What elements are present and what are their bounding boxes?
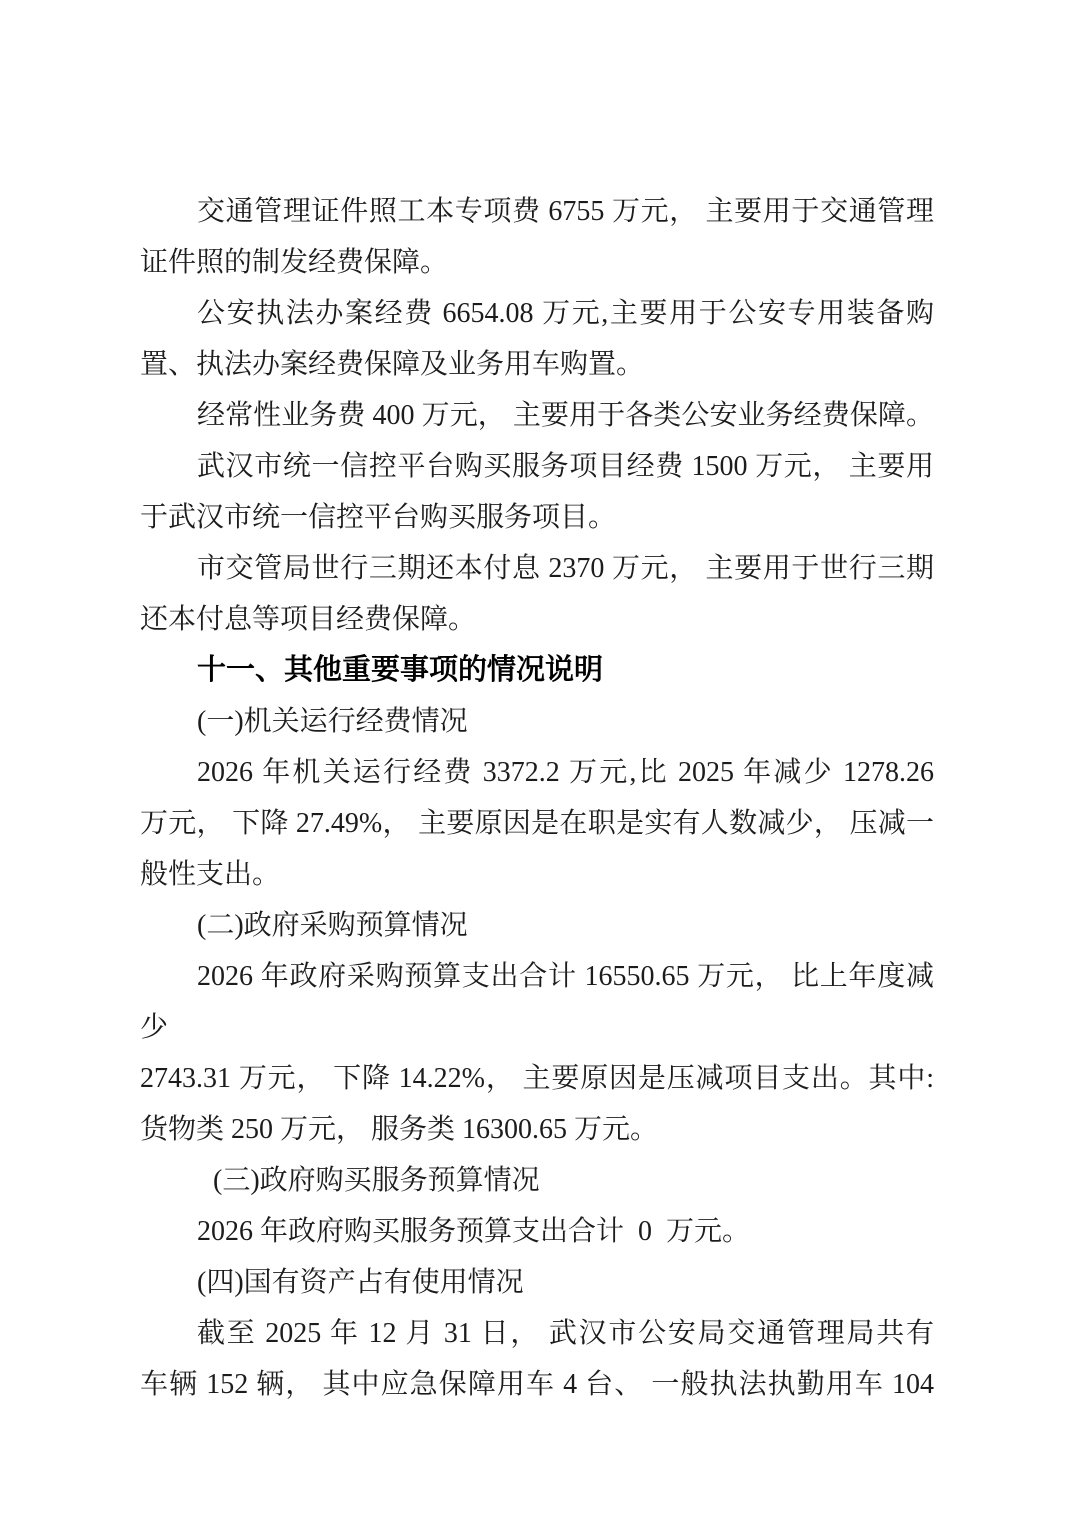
paragraph-purchased-services: 2026 年政府购买服务预算支出合计 0 万元。 (140, 1206, 934, 1257)
section-heading-other-matters: 十一、其他重要事项的情况说明 (140, 645, 934, 696)
paragraph-line: 截至 2025 年 12 月 31 日， 武汉市公安局交通管理局共有 (140, 1308, 934, 1359)
paragraph-government-procurement: 2026 年政府采购预算支出合计 16550.65 万元， 比上年度减少 274… (140, 951, 934, 1155)
paragraph-line: 证件照的制发经费保障。 (140, 237, 934, 288)
paragraph-line: 2743.31 万元， 下降 14.22%， 主要原因是压减项目支出。其中: (140, 1053, 934, 1104)
section-heading: 十一、其他重要事项的情况说明 (140, 645, 934, 696)
paragraph-line: 公安执法办案经费 6654.08 万元,主要用于公安专用装备购 (140, 288, 934, 339)
paragraph-traffic-cert-fee: 交通管理证件照工本专项费 6755 万元， 主要用于交通管理 证件照的制发经费保… (140, 186, 934, 288)
paragraph-line: 万元， 下降 27.49%， 主要原因是在职是实有人数减少， 压减一 (140, 798, 934, 849)
paragraph-line: 经常性业务费 400 万元， 主要用于各类公安业务经费保障。 (140, 390, 934, 441)
subheading-state-owned-assets: (四)国有资产占有使用情况 (140, 1257, 934, 1308)
paragraph-state-owned-assets: 截至 2025 年 12 月 31 日， 武汉市公安局交通管理局共有 车辆 15… (140, 1308, 934, 1410)
subheading-government-procurement: (二)政府采购预算情况 (140, 900, 934, 951)
subheading-agency-operating-funds: (一)机关运行经费情况 (140, 696, 934, 747)
subheading: (四)国有资产占有使用情况 (140, 1257, 934, 1308)
subheading: (一)机关运行经费情况 (140, 696, 934, 747)
subheading: (三)政府购买服务预算情况 (140, 1155, 934, 1206)
paragraph-line: 车辆 152 辆， 其中应急保障用车 4 台、 一般执法执勤用车 104 (140, 1359, 934, 1410)
paragraph-line: 货物类 250 万元， 服务类 16300.65 万元。 (140, 1104, 934, 1155)
paragraph-agency-operating-funds: 2026 年机关运行经费 3372.2 万元,比 2025 年减少 1278.2… (140, 747, 934, 900)
paragraph-line: 2026 年机关运行经费 3372.2 万元,比 2025 年减少 1278.2… (140, 747, 934, 798)
paragraph-line: 般性支出。 (140, 849, 934, 900)
paragraph-line: 于武汉市统一信控平台购买服务项目。 (140, 492, 934, 543)
paragraph-line: 还本付息等项目经费保障。 (140, 594, 934, 645)
document-page: 交通管理证件照工本专项费 6755 万元， 主要用于交通管理 证件照的制发经费保… (0, 0, 1074, 1520)
subheading: (二)政府采购预算情况 (140, 900, 934, 951)
paragraph-signal-control-platform-fee: 武汉市统一信控平台购买服务项目经费 1500 万元， 主要用 于武汉市统一信控平… (140, 441, 934, 543)
paragraph-line: 2026 年政府采购预算支出合计 16550.65 万元， 比上年度减少 (140, 951, 934, 1053)
document-body: 交通管理证件照工本专项费 6755 万元， 主要用于交通管理 证件照的制发经费保… (140, 186, 934, 1410)
paragraph-law-enforcement-fee: 公安执法办案经费 6654.08 万元,主要用于公安专用装备购 置、执法办案经费… (140, 288, 934, 390)
paragraph-line: 市交管局世行三期还本付息 2370 万元， 主要用于世行三期 (140, 543, 934, 594)
paragraph-line: 置、执法办案经费保障及业务用车购置。 (140, 339, 934, 390)
paragraph-regular-business-fee: 经常性业务费 400 万元， 主要用于各类公安业务经费保障。 (140, 390, 934, 441)
paragraph-line: 武汉市统一信控平台购买服务项目经费 1500 万元， 主要用 (140, 441, 934, 492)
paragraph-line: 交通管理证件照工本专项费 6755 万元， 主要用于交通管理 (140, 186, 934, 237)
paragraph-world-bank-repayment: 市交管局世行三期还本付息 2370 万元， 主要用于世行三期 还本付息等项目经费… (140, 543, 934, 645)
paragraph-line: 2026 年政府购买服务预算支出合计 0 万元。 (140, 1206, 934, 1257)
subheading-purchased-services: (三)政府购买服务预算情况 (140, 1155, 934, 1206)
